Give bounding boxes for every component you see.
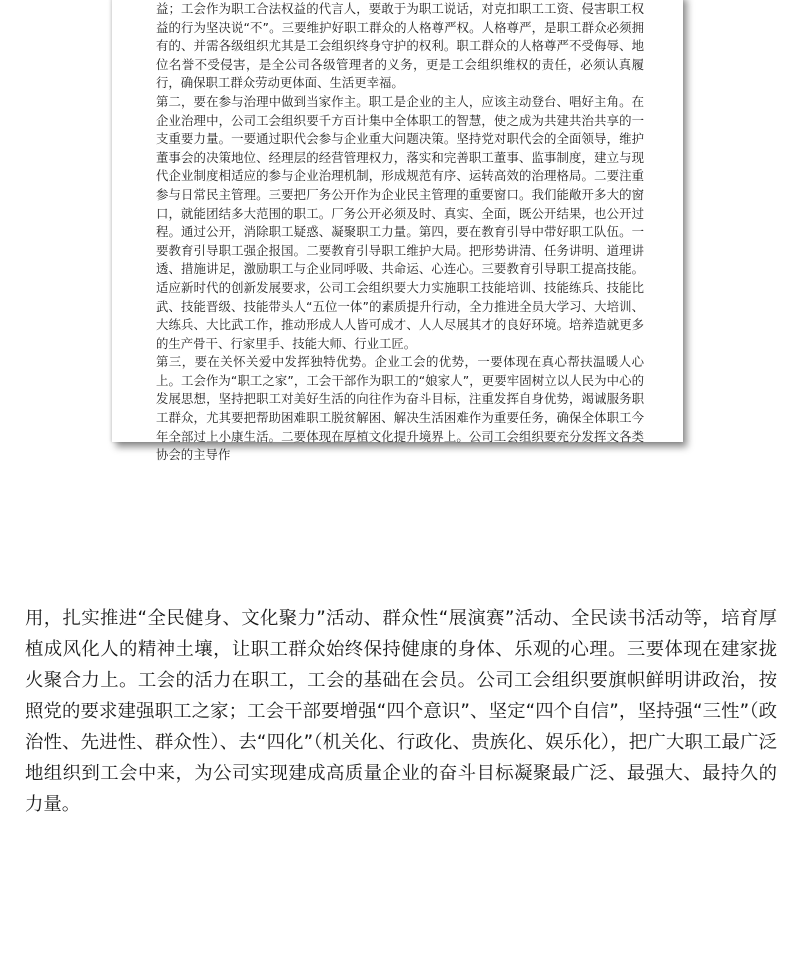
- document-page-preview: 益；工会作为职工合法权益的代言人，要敢于为职工说话，对克扣职工工资、侵害职工权益…: [112, 0, 683, 442]
- page-paragraph-2: 第二，要在参与治理中做到当家作主。职工是企业的主人，应该主动登台、唱好主角。在企…: [156, 93, 644, 353]
- continuation-paragraph: 用，扎实推进“全民健身、文化聚力”活动、群众性“展演赛”活动、全民读书活动等，培…: [25, 603, 777, 820]
- page-paragraph-3: 第三，要在关怀关爱中发挥独特优势。企业工会的优势，一要体现在真心帮扶温暖人心上。…: [156, 353, 644, 465]
- page-paragraph-1: 益；工会作为职工合法权益的代言人，要敢于为职工说话，对克扣职工工资、侵害职工权益…: [156, 0, 644, 93]
- page-body-text: 益；工会作为职工合法权益的代言人，要敢于为职工说话，对克扣职工工资、侵害职工权益…: [156, 0, 644, 465]
- continuation-text: 用，扎实推进“全民健身、文化聚力”活动、群众性“展演赛”活动、全民读书活动等，培…: [25, 603, 777, 820]
